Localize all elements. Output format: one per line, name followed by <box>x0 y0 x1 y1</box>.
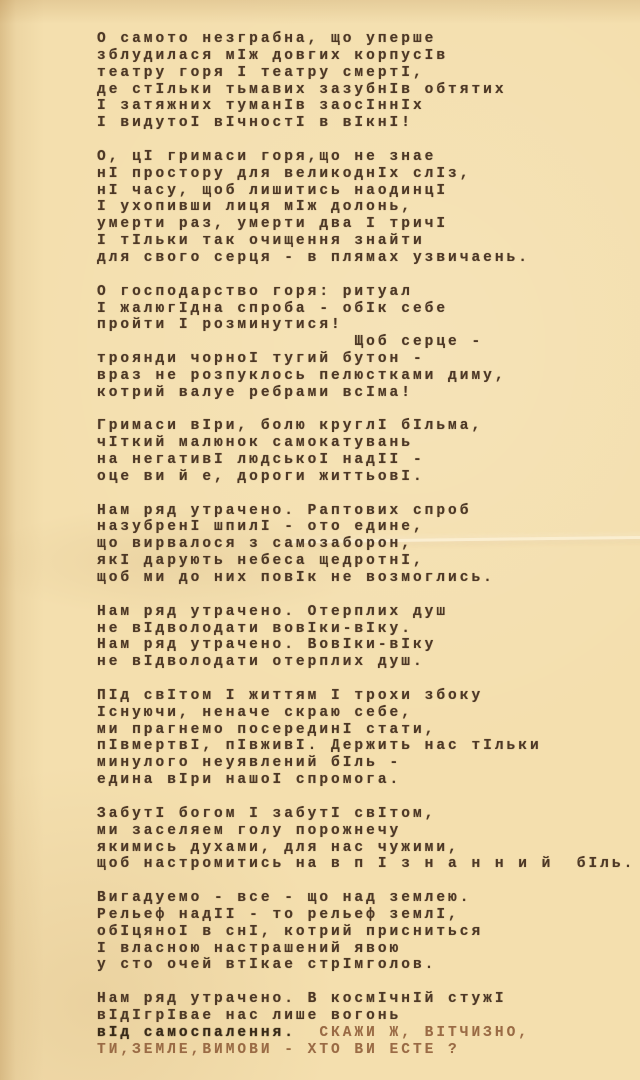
poem-line: щоб настромитись на в п І з н а н н и й … <box>97 856 635 873</box>
poem-line: якІ дарують небеса щедротнІ, <box>97 553 635 570</box>
poem-line: І видутоІ вІчностІ в вІкнІ! <box>97 115 635 132</box>
poem-line: котрий валуе ребрами всІма! <box>97 385 635 402</box>
poem-line: не вІдволодати вовІки-вІку. <box>97 621 635 638</box>
poem-line: О самото незграбна, що уперше <box>97 31 635 48</box>
poem-line: Щоб серце - <box>97 334 635 351</box>
poem-line: вІдІгрІвае нас лише вогонь <box>97 1008 635 1025</box>
poem-line: на негативІ людськоІ надІІ - <box>97 452 635 469</box>
poem-line: едина вІри нашоІ спромога. <box>97 772 635 789</box>
poem-line: ми прагнемо посерединІ стати, <box>97 722 635 739</box>
poem-line: нІ простору для великоднІх слІз, <box>97 166 635 183</box>
poem-line: Нам ряд утрачено. Раптових спроб <box>97 503 635 520</box>
poem-line-segment: ТИ,ЗЕМЛЕ,ВИМОВИ - ХТО ВИ ЕСТЕ ? <box>97 1042 460 1058</box>
poem-line: О, цІ гримаси горя,що не знае <box>97 149 635 166</box>
poem-line: щоб ми до них повІк не возмоглись. <box>97 570 635 587</box>
poem-line: ЗабутІ богом І забутІ свІтом, <box>97 806 635 823</box>
poem-line: умерти раз, умерти два І тричІ <box>97 216 635 233</box>
poem-stanza: О, цІ гримаси горя,що не знаенІ простору… <box>97 149 635 267</box>
poem-stanza: ПІд свІтом І життям І трохи збокуІснуючи… <box>97 688 635 789</box>
poem-line: Вигадуемо - все - що над землею. <box>97 890 635 907</box>
poem-line: ПІд свІтом І життям І трохи збоку <box>97 688 635 705</box>
poem-line: не вІдволодати отерплих душ. <box>97 654 635 671</box>
poem-line: Гримаси вІри, болю круглІ бІльма, <box>97 418 635 435</box>
poem-line: обІцяноІ в снІ, котрий присниться <box>97 924 635 941</box>
poem-stanza: О господарство горя: ритуалІ жалюгІдна с… <box>97 284 635 402</box>
poem-line: вІд самоспалення. СКАЖИ Ж, ВІТЧИЗНО, <box>97 1025 635 1042</box>
poem-line: троянди чорноІ тугий бутон - <box>97 351 635 368</box>
poem-line: що вирвалося з самозаборон, <box>97 536 635 553</box>
poem-line: І затяжних туманІв заосІннІх <box>97 98 635 115</box>
poem-stanza: Вигадуемо - все - що над землею.Рельеф н… <box>97 890 635 974</box>
poem-line: нІ часу, щоб лишитись наодинцІ <box>97 183 635 200</box>
poem-line: для свого серця - в плямах узвичаень. <box>97 250 635 267</box>
poem-line: у сто очей втІкае стрІмголов. <box>97 957 635 974</box>
poem-line: Нам ряд утрачено. В космІчнІй стужІ <box>97 991 635 1008</box>
poem-line: Нам ряд утрачено. Отерплих душ <box>97 604 635 621</box>
poem-line: І тІльки так очищення знайти <box>97 233 635 250</box>
poem-line: оце ви й е, дороги життьовІ. <box>97 469 635 486</box>
poem-line: І власною настрашений явою <box>97 941 635 958</box>
poem-stanza: Нам ряд утрачено. В космІчнІй стужІвІдІг… <box>97 991 635 1058</box>
poem-stanza: ЗабутІ богом І забутІ свІтом,ми заселяем… <box>97 806 635 873</box>
poem-line: враз не розпуклось пелюстками диму, <box>97 368 635 385</box>
poem-line: театру горя І театру смертІ, <box>97 65 635 82</box>
poem-line: де стІльки тьмавих зазубнІв обтятих <box>97 82 635 99</box>
poem-line: І жалюгІдна спроба - обІк себе <box>97 301 635 318</box>
poem-stanza: О самото незграбна, що упершезблудилася … <box>97 31 635 132</box>
poem-line: Нам ряд утрачено. ВовІки-вІку <box>97 637 635 654</box>
poem-stanza: Нам ряд утрачено. Отерплих душне вІдволо… <box>97 604 635 671</box>
poem-line: чІткий малюнок самокатувань <box>97 435 635 452</box>
poem-line: Існуючи, неначе скраю себе, <box>97 705 635 722</box>
poem-line: Рельеф надІІ - то рельеф землІ, <box>97 907 635 924</box>
poem-line: минулого неуявлений бІль - <box>97 755 635 772</box>
poem-line: І ухопивши лиця мІж долонь, <box>97 199 635 216</box>
document-page: О самото незграбна, що упершезблудилася … <box>0 0 640 1080</box>
poem-line: зблудилася мІж довгих корпусІв <box>97 48 635 65</box>
poem-stanza: Гримаси вІри, болю круглІ бІльма,чІткий … <box>97 418 635 485</box>
poem-line: ми заселяем голу порожнечу <box>97 823 635 840</box>
poem-line-segment: СКАЖИ Ж, ВІТЧИЗНО, <box>296 1025 530 1041</box>
poem-line: ТИ,ЗЕМЛЕ,ВИМОВИ - ХТО ВИ ЕСТЕ ? <box>97 1042 635 1059</box>
poem-line: пІвмертвІ, пІвживІ. Держить нас тІльки <box>97 738 635 755</box>
poem-line: О господарство горя: ритуал <box>97 284 635 301</box>
poem-line-segment: вІд самоспалення. <box>97 1025 296 1041</box>
poem-line: пройти І розминутися! <box>97 317 635 334</box>
poem-line: якимись духами, для нас чужими, <box>97 840 635 857</box>
poem-line: назубренІ шпилІ - ото едине, <box>97 519 635 536</box>
poem-text: О самото незграбна, що упершезблудилася … <box>97 31 635 1058</box>
poem-stanza: Нам ряд утрачено. Раптових спробназубрен… <box>97 503 635 587</box>
